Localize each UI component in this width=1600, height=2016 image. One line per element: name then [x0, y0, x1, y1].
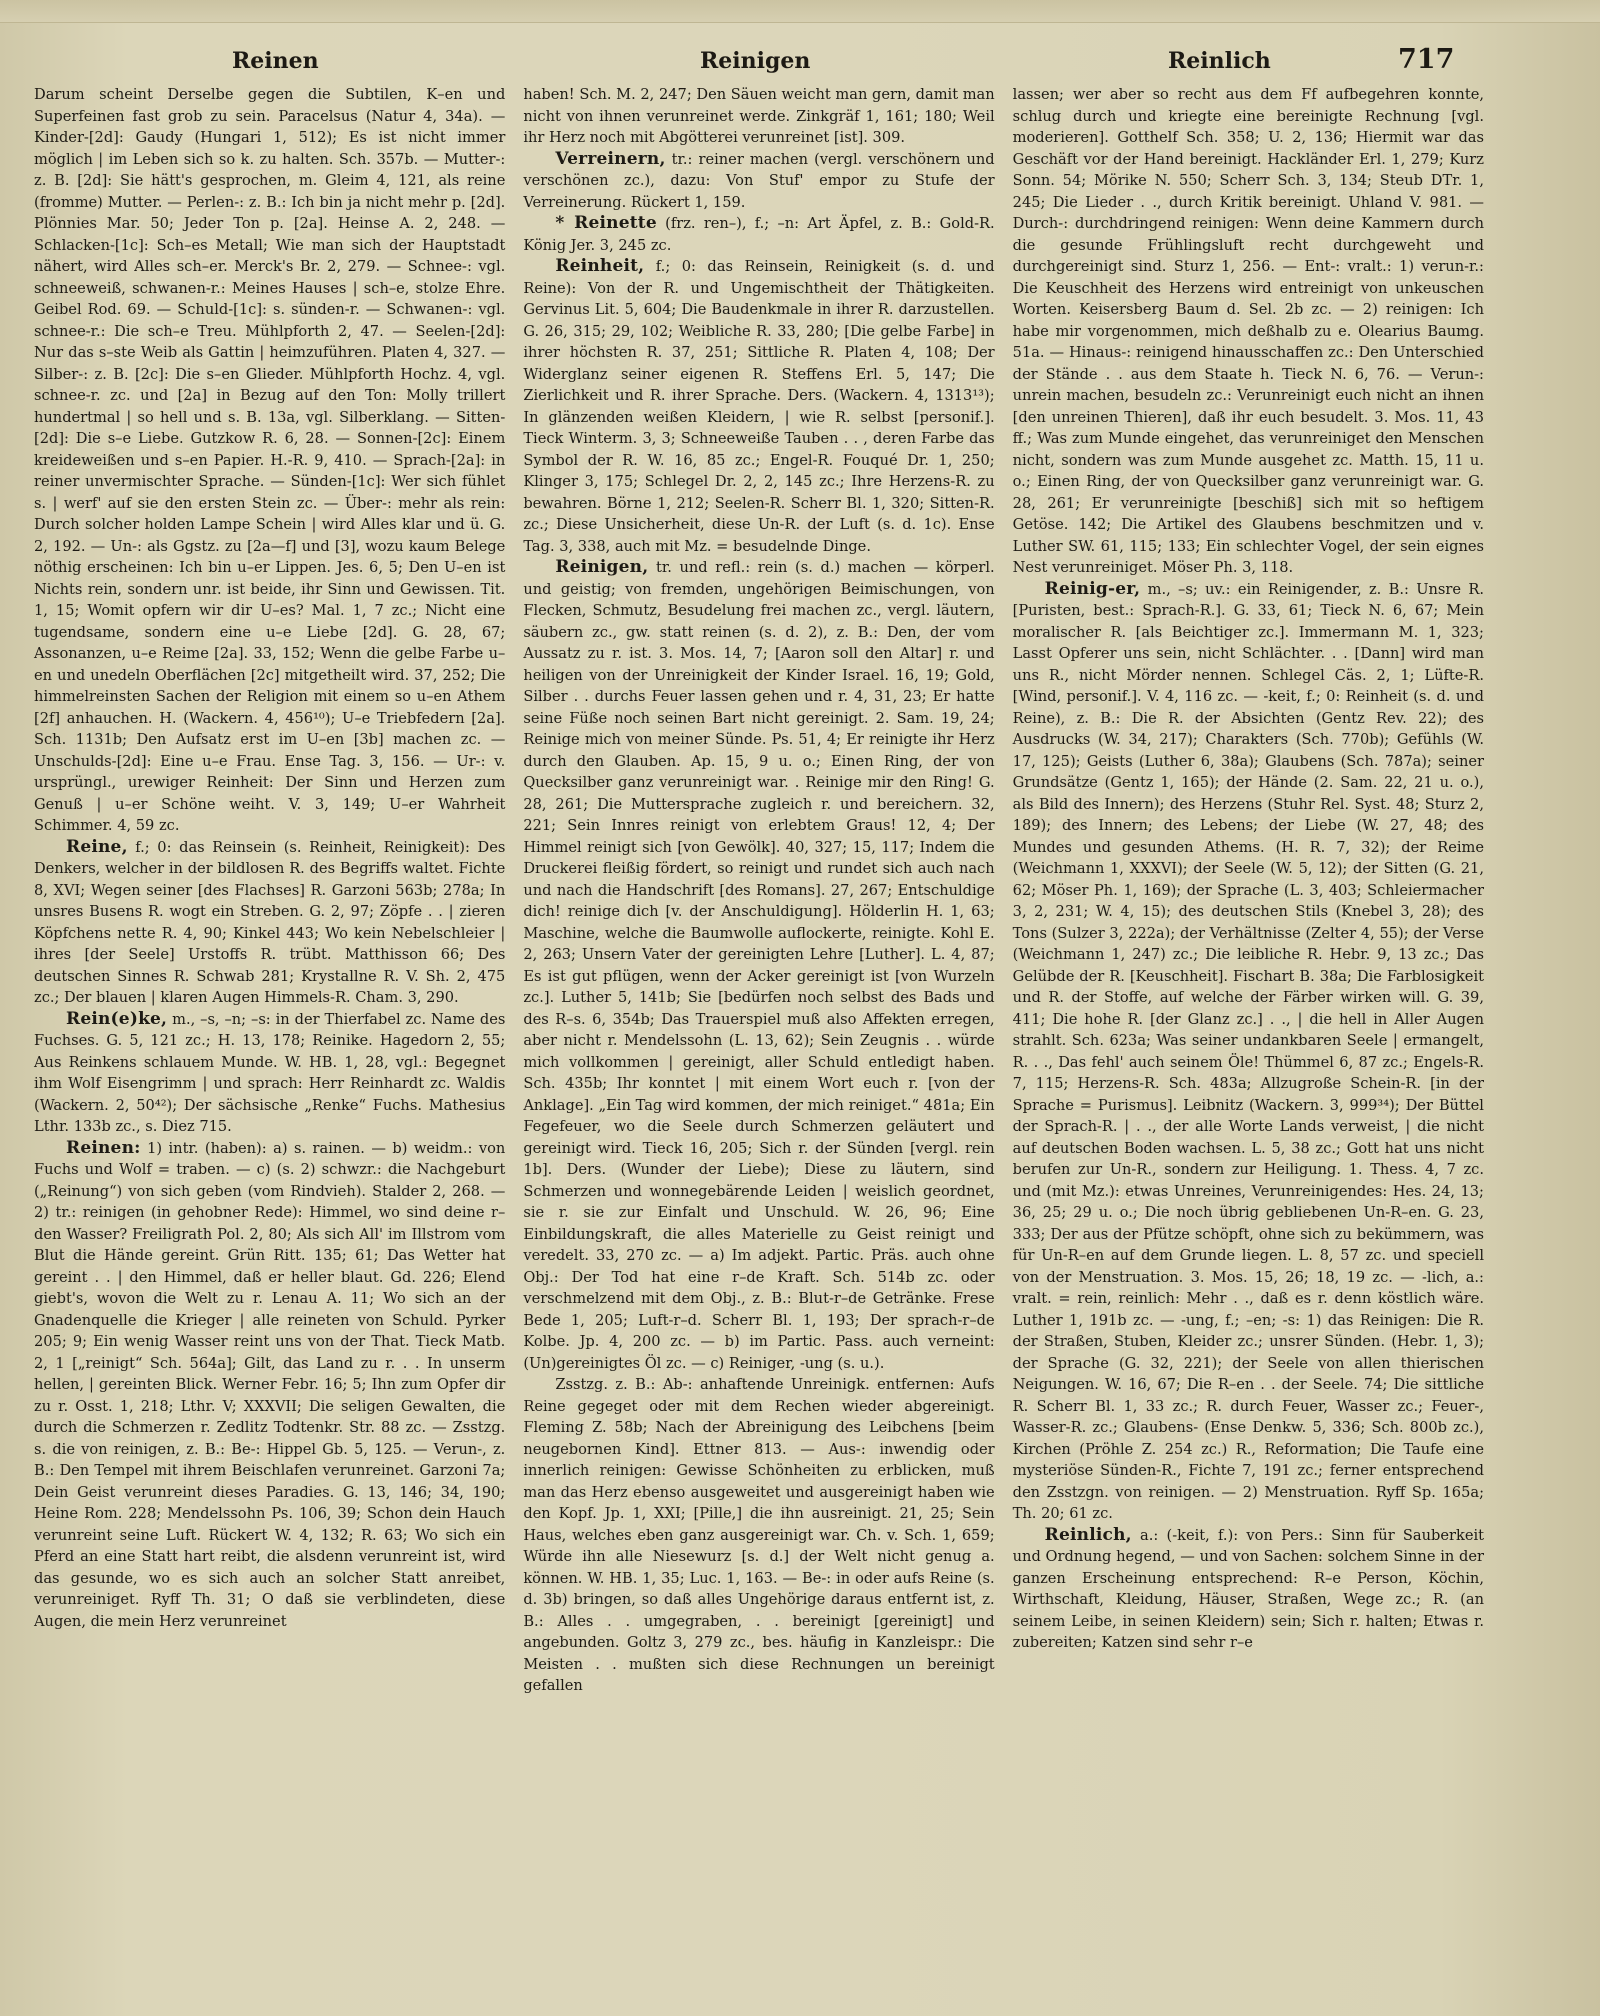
dictionary-entry: Reinigen, tr. und refl.: rein (s. d.) ma… — [523, 557, 994, 1374]
dictionary-entry: Reinen: 1) intr. (haben): a) s. rainen. … — [34, 1138, 505, 1633]
headword: Reinen: — [66, 1138, 141, 1158]
entry-text: Darum scheint Derselbe gegen die Subtile… — [34, 86, 505, 834]
entry-text: a.: (-keit, f.): von Pers.: Sinn für Sau… — [1013, 1527, 1484, 1652]
running-head-left: Reinen — [232, 48, 319, 74]
running-head-right: Reinlich — [1168, 48, 1271, 74]
entry-text: 1) intr. (haben): a) s. rainen. — b) wei… — [34, 1140, 505, 1630]
page-number: 717 — [1398, 44, 1454, 75]
dictionary-entry: Reinheit, f.; 0: das Reinsein, Reinigkei… — [523, 256, 994, 557]
page-top-edge — [0, 0, 1600, 23]
dictionary-entry: Reine, f.; 0: das Reinsein (s. Reinheit,… — [34, 837, 505, 1009]
dictionary-entry: Verreinern, tr.: reiner machen (vergl. v… — [523, 149, 994, 214]
entry-text: f.; 0: das Reinsein, Reinigkeit (s. d. u… — [523, 258, 994, 555]
entry-continuation: Darum scheint Derselbe gegen die Subtile… — [34, 84, 505, 837]
headword: Reine, — [66, 837, 128, 857]
dictionary-columns: Darum scheint Derselbe gegen die Subtile… — [34, 84, 1484, 1974]
dictionary-entry: Reinig-er, m., –s; uv.: ein Reinigender,… — [1013, 579, 1484, 1525]
entry-text: haben! Sch. M. 2, 247; Den Säuen weicht … — [523, 86, 994, 146]
headword: Reinigen, — [555, 557, 648, 577]
headword: Verreinern, — [555, 149, 665, 169]
dictionary-entry: Reinlich, a.: (-keit, f.): von Pers.: Si… — [1013, 1525, 1484, 1654]
running-head-center: Reinigen — [700, 48, 810, 74]
dictionary-entry: Zsstzg. z. B.: Ab-: anhaftende Unreinigk… — [523, 1374, 994, 1697]
entry-text: lassen; wer aber so recht aus dem Ff auf… — [1013, 86, 1484, 576]
entry-text: tr. und refl.: rein (s. d.) machen — kör… — [523, 559, 994, 1372]
headword: Reinheit, — [555, 256, 644, 276]
entry-text: m., –s; uv.: ein Reinigender, z. B.: Uns… — [1013, 581, 1484, 1523]
headword: Rein(e)ke, — [66, 1009, 167, 1029]
headword: Reinig-er, — [1045, 579, 1141, 599]
headword: * Reinette — [555, 213, 657, 233]
column-2: haben! Sch. M. 2, 247; Den Säuen weicht … — [523, 84, 994, 1974]
running-head: Reinen Reinigen Reinlich 717 — [0, 48, 1600, 88]
entry-text: f.; 0: das Reinsein (s. Reinheit, Reinig… — [34, 839, 505, 1007]
entry-continuation: lassen; wer aber so recht aus dem Ff auf… — [1013, 84, 1484, 579]
column-3: lassen; wer aber so recht aus dem Ff auf… — [1013, 84, 1484, 1974]
headword: Reinlich, — [1045, 1525, 1132, 1545]
dictionary-entry: * Reinette (frz. ren–), f.; –n: Art Äpfe… — [523, 213, 994, 256]
column-1: Darum scheint Derselbe gegen die Subtile… — [34, 84, 505, 1974]
entry-continuation: haben! Sch. M. 2, 247; Den Säuen weicht … — [523, 84, 994, 149]
entry-text: m., –s, –n; –s: in der Thierfabel zc. Na… — [34, 1011, 505, 1136]
dictionary-entry: Rein(e)ke, m., –s, –n; –s: in der Thierf… — [34, 1009, 505, 1138]
entry-text: Zsstzg. z. B.: Ab-: anhaftende Unreinigk… — [523, 1376, 994, 1694]
